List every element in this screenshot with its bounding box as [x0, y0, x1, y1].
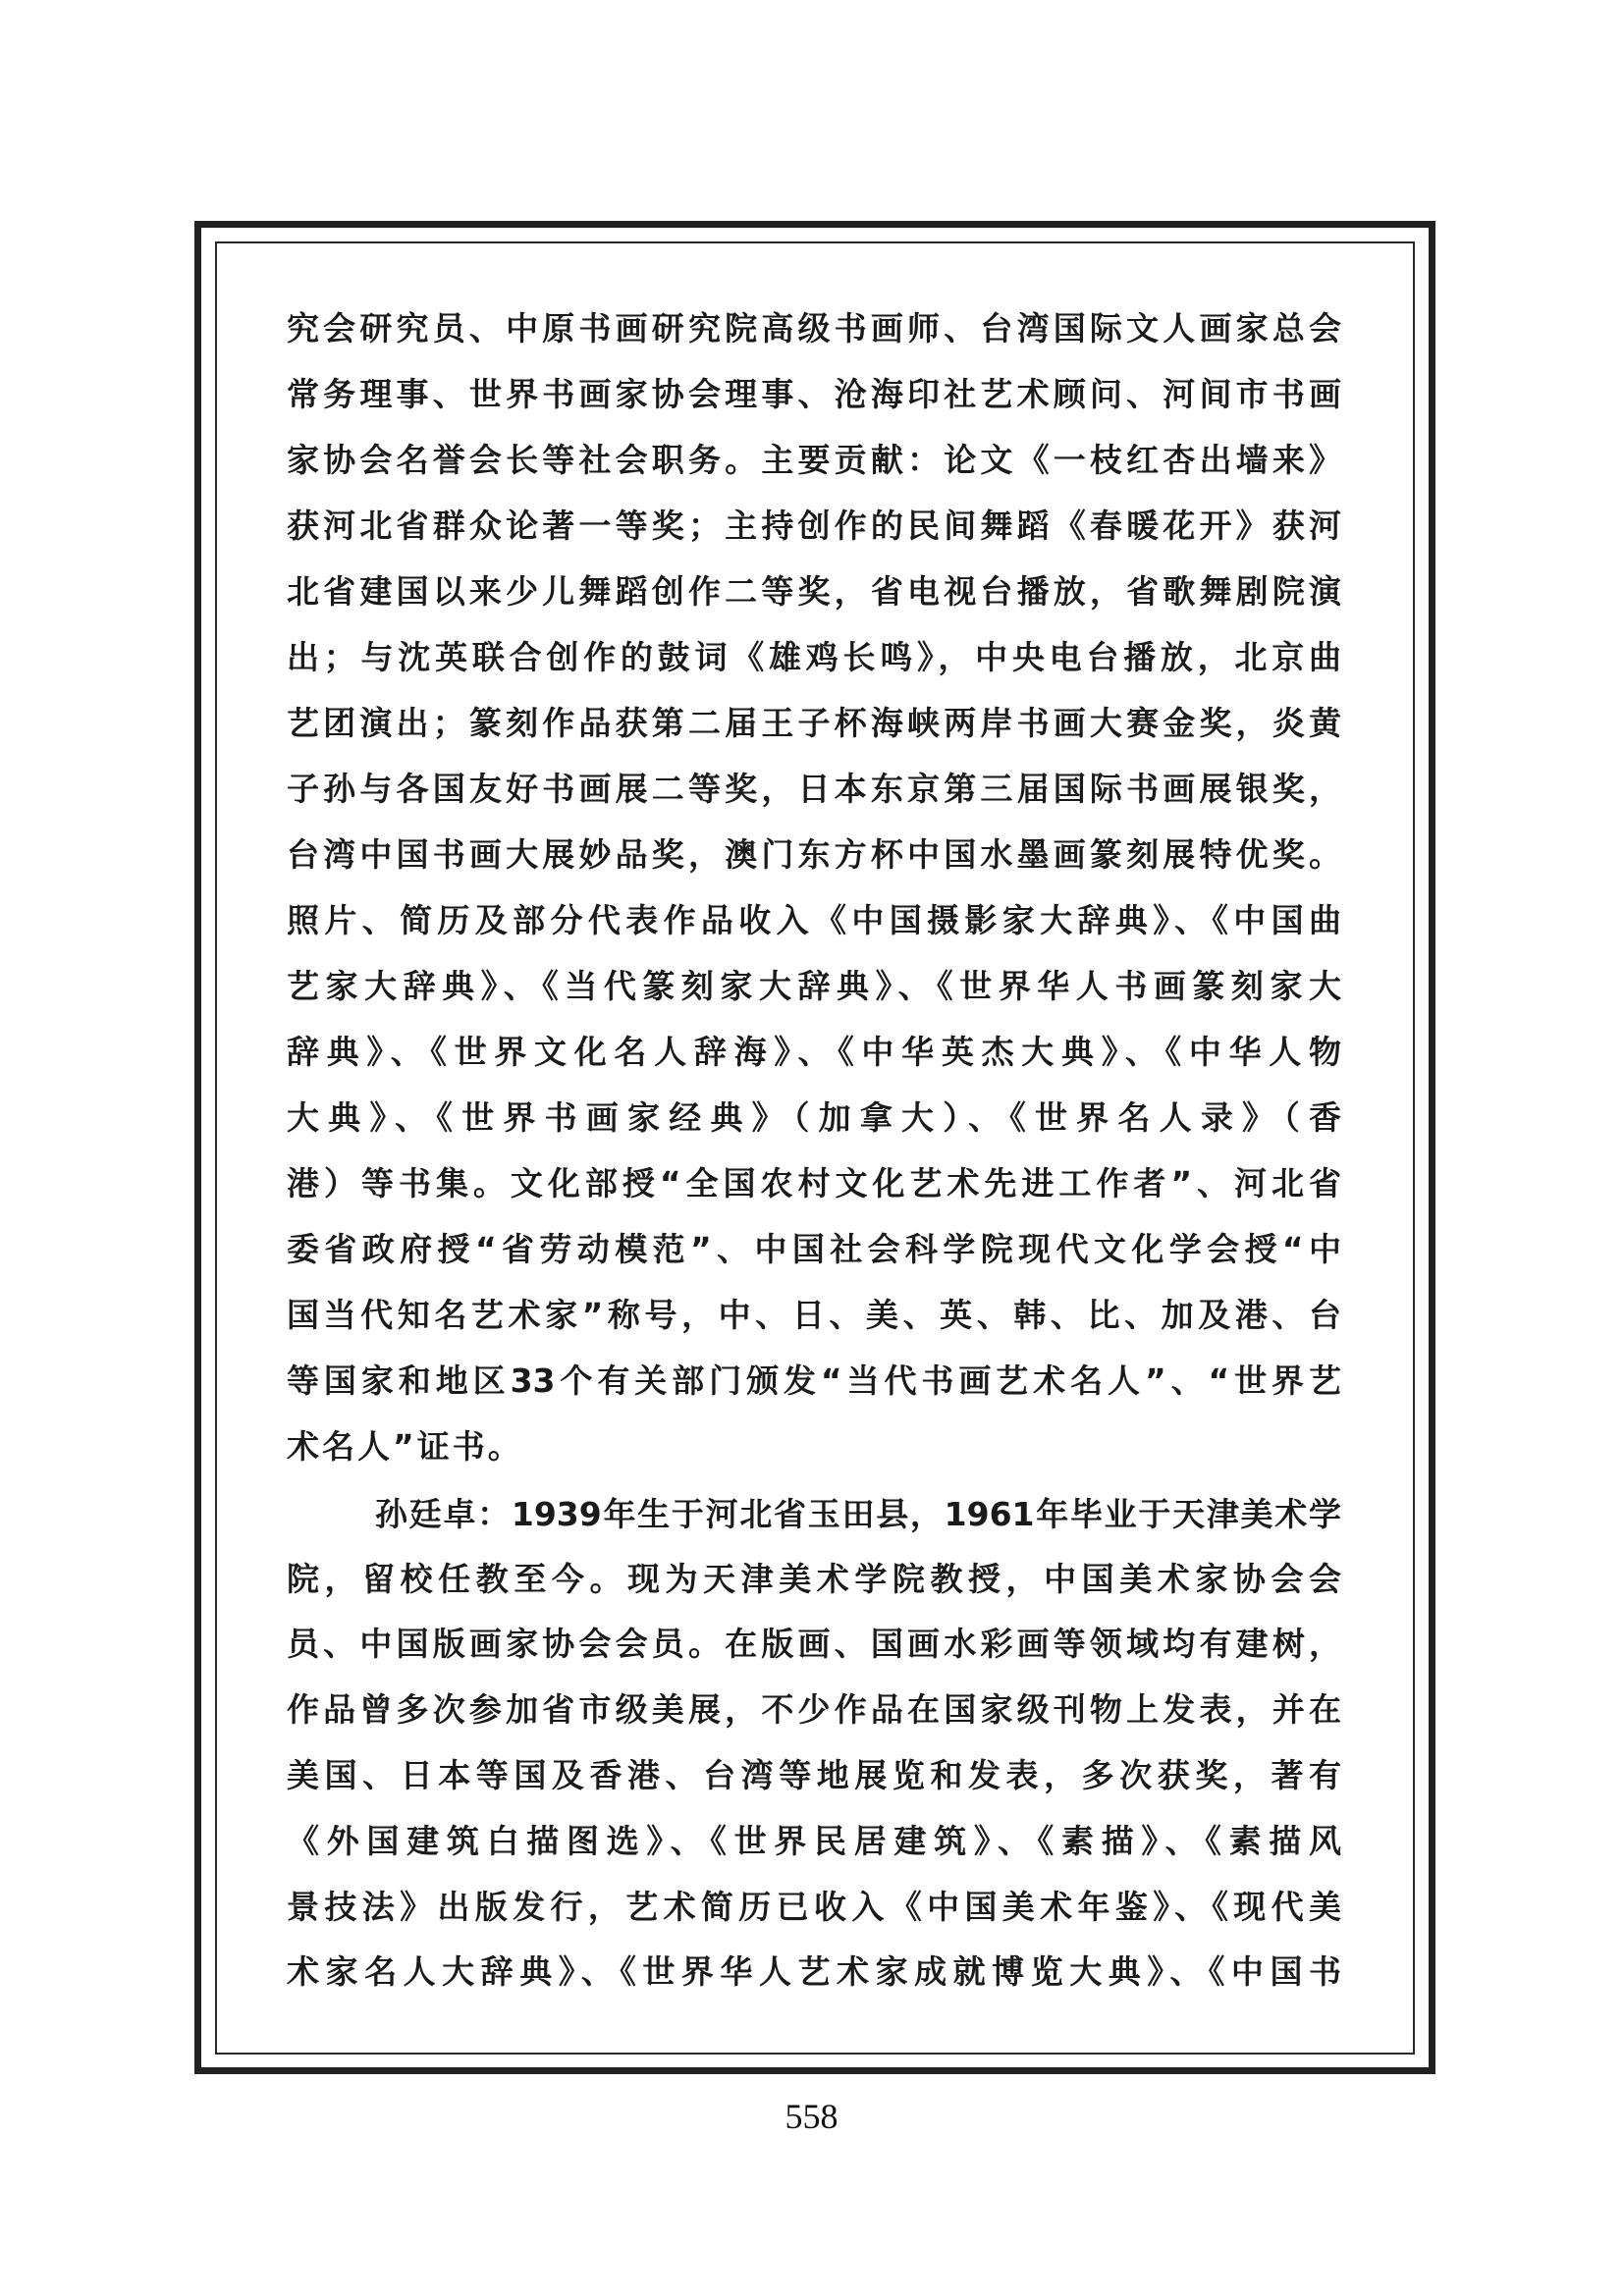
text-line: 术家名人大辞典》、《世界华人艺术家成就博览大典》、《中国书 — [287, 1949, 1341, 1995]
text-line: 子孙与各国友好书画展二等奖，日本东京第三届国际书画展银奖， — [287, 767, 1341, 812]
text-line: 北省建国以来少儿舞蹈创作二等奖，省电视台播放，省歌舞剧院演 — [287, 569, 1341, 614]
text-line: 景技法》出版发行，艺术简历已收入《中国美术年鉴》、《现代美 — [287, 1885, 1341, 1930]
text-line: 美国、日本等国及香港、台湾等地展览和发表，多次获奖，著有 — [287, 1753, 1341, 1798]
text-line: 员、中国版画家协会会员。在版画、国画水彩画等领域均有建树， — [287, 1622, 1341, 1667]
text-line: 辞典》、《世界文化名人辞海》、《中华英杰大典》、《中华人物 — [287, 1030, 1341, 1075]
text-line: 《外国建筑白描图选》、《世界民居建筑》、《素描》、《素描风 — [287, 1819, 1341, 1864]
text-line: 究会研究员、中原书画研究院高级书画师、台湾国际文人画家总会 — [287, 306, 1341, 351]
text-line: 艺家大辞典》、《当代篆刻家大辞典》、《世界华人书画篆刻家大 — [287, 964, 1341, 1009]
text-line: 等国家和地区33个有关部门颁发“当代书画艺术名人”、“世界艺 — [287, 1359, 1341, 1404]
text-line: 国当代知名艺术家”称号，中、日、美、英、韩、比、加及港、台 — [287, 1293, 1341, 1338]
text-line: 作品曾多次参加省市级美展，不少作品在国家级刊物上发表，并在 — [287, 1687, 1341, 1733]
text-line: 院，留校任教至今。现为天津美术学院教授，中国美术家协会会 — [287, 1557, 1341, 1602]
text-line: 委省政府授“省劳动模范”、中国社会科学院现代文化学会授“中 — [287, 1227, 1341, 1272]
page-number: 558 — [0, 2097, 1623, 2136]
text-line: 常务理事、世界书画家协会理事、沧海印社艺术顾问、河间市书画 — [287, 372, 1341, 417]
text-line: 获河北省群众论著一等奖；主持创作的民间舞蹈《春暖花开》获河 — [287, 504, 1341, 549]
text-line: 术名人”证书。 — [287, 1424, 1341, 1469]
text-line: 台湾中国书画大展妙品奖，澳门东方杯中国水墨画篆刻展特优奖。 — [287, 832, 1341, 878]
text-line: 家协会名誉会长等社会职务。主要贡献：论文《一枝红杏出墙来》 — [287, 438, 1341, 483]
text-line: 大典》、《世界书画家经典》（加拿大）、《世界名人录》（香 — [287, 1095, 1341, 1141]
paragraph-first-line: 孙廷卓：1939年生于河北省玉田县，1961年毕业于天津美术学 — [375, 1492, 1341, 1537]
text-line: 照片、简历及部分代表作品收入《中国摄影家大辞典》、《中国曲 — [287, 898, 1341, 943]
text-line: 出；与沈英联合创作的鼓词《雄鸡长鸣》，中央电台播放，北京曲 — [287, 635, 1341, 680]
text-line: 艺团演出；篆刻作品获第二届王子杯海峡两岸书画大赛金奖，炎黄 — [287, 701, 1341, 746]
text-line: 港）等书集。文化部授“全国农村文化艺术先进工作者”、河北省 — [287, 1161, 1341, 1206]
